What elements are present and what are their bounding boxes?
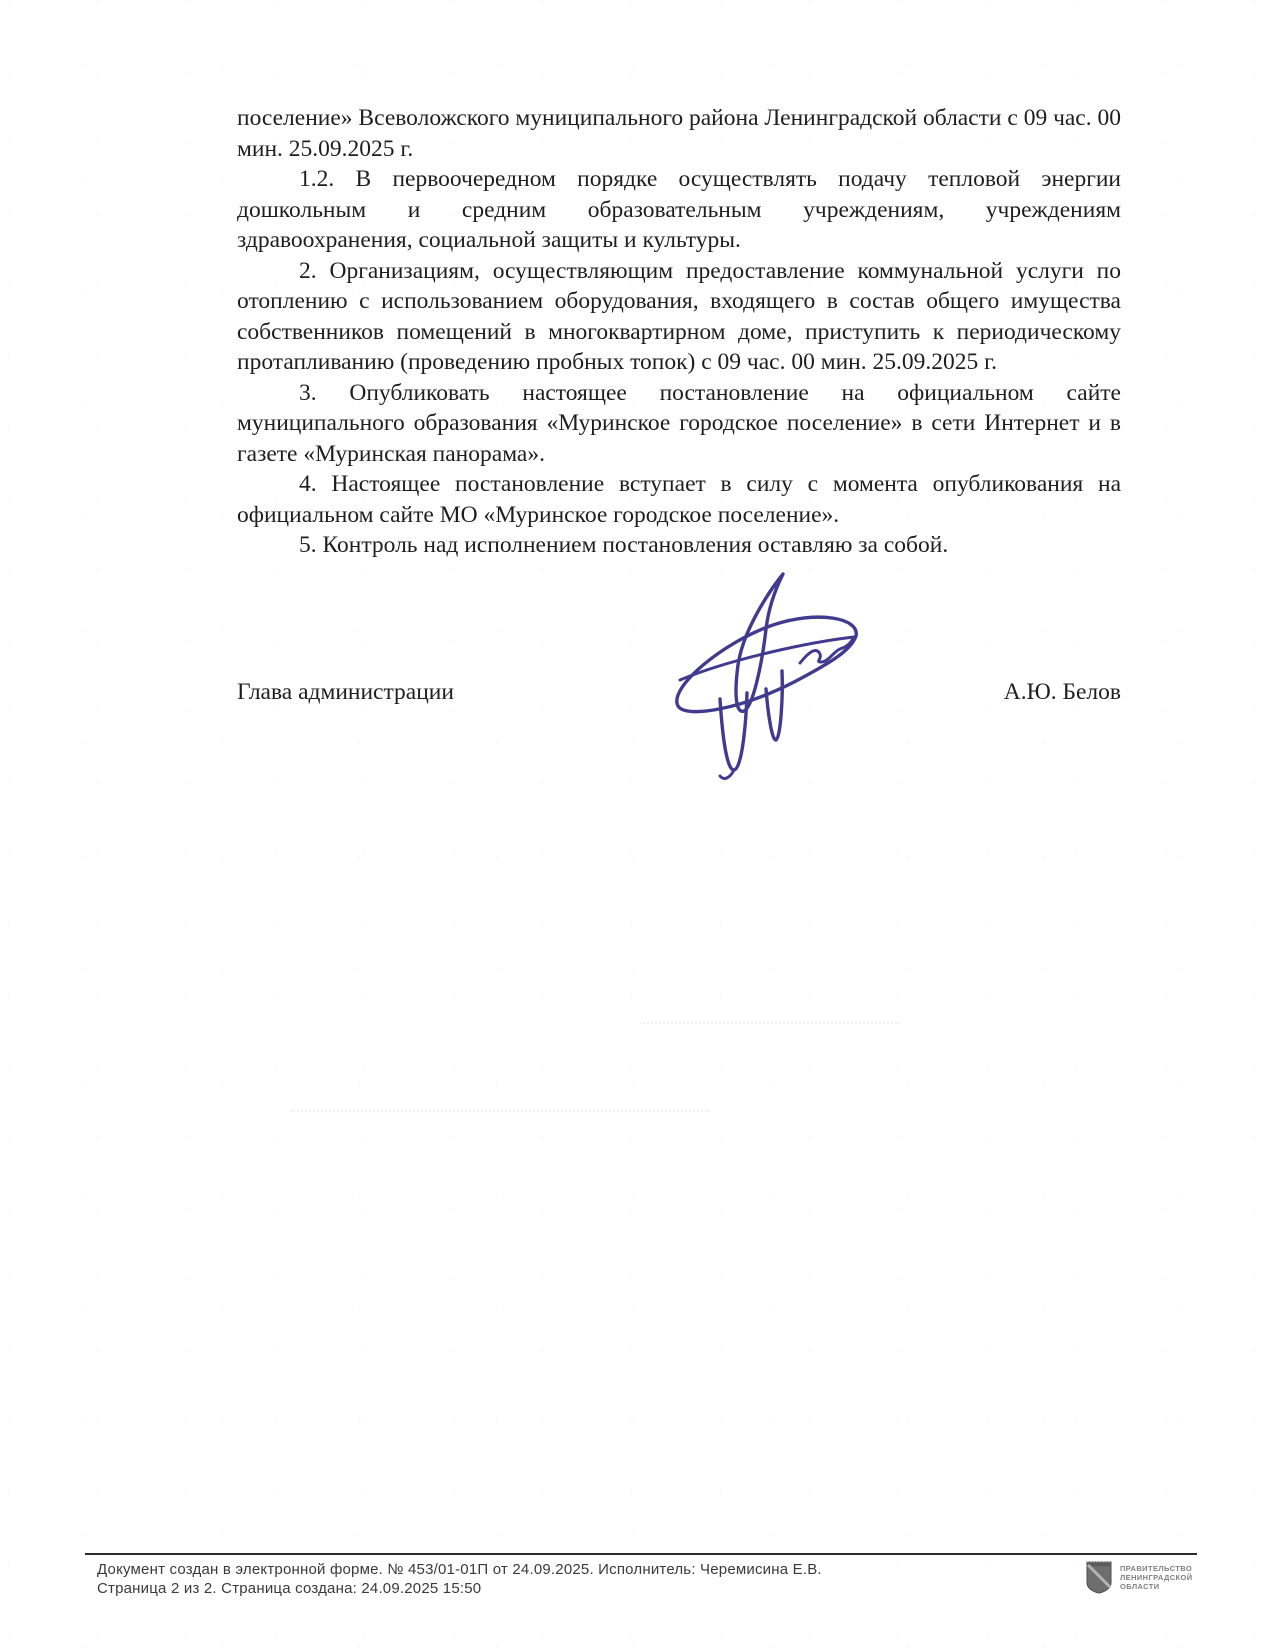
footer-meta: Документ создан в электронной форме. № 4… <box>97 1561 822 1598</box>
paragraph-5: 5. Контроль над исполнением постановлени… <box>237 530 1121 561</box>
signature-row: Глава администрации А.Ю. Белов <box>237 677 1121 707</box>
government-logo: ПРАВИТЕЛЬСТВО ЛЕНИНГРАДСКОЙ ОБЛАСТИ <box>1086 1561 1193 1594</box>
paragraph-continuation: поселение» Всеволожского муниципального … <box>237 103 1121 164</box>
logo-text-line-1: ПРАВИТЕЛЬСТВО <box>1120 1564 1193 1573</box>
paragraph-4: 4. Настоящее постановление вступает в си… <box>237 469 1121 530</box>
scan-artifact <box>640 1022 900 1026</box>
footer-line-1: Документ создан в электронной форме. № 4… <box>97 1561 822 1580</box>
paragraph-1-2: 1.2. В первоочередном порядке осуществля… <box>237 164 1121 256</box>
signer-role: Глава администрации <box>237 677 454 707</box>
scanned-document-page: поселение» Всеволожского муниципального … <box>0 0 1275 1650</box>
signer-name: А.Ю. Белов <box>1004 677 1121 707</box>
handwritten-signature <box>620 558 880 783</box>
document-body: поселение» Всеволожского муниципального … <box>237 103 1121 561</box>
paragraph-3: 3. Опубликовать настоящее постановление … <box>237 378 1121 470</box>
scan-artifact <box>290 1110 710 1114</box>
coat-of-arms-icon <box>1086 1561 1112 1594</box>
footer-line-2: Страница 2 из 2. Страница создана: 24.09… <box>97 1580 822 1599</box>
logo-text-line-3: ОБЛАСТИ <box>1120 1582 1193 1591</box>
footer-divider <box>85 1553 1197 1555</box>
government-logo-text: ПРАВИТЕЛЬСТВО ЛЕНИНГРАДСКОЙ ОБЛАСТИ <box>1120 1561 1193 1591</box>
paragraph-2: 2. Организациям, осуществляющим предоста… <box>237 256 1121 378</box>
logo-text-line-2: ЛЕНИНГРАДСКОЙ <box>1120 1573 1193 1582</box>
